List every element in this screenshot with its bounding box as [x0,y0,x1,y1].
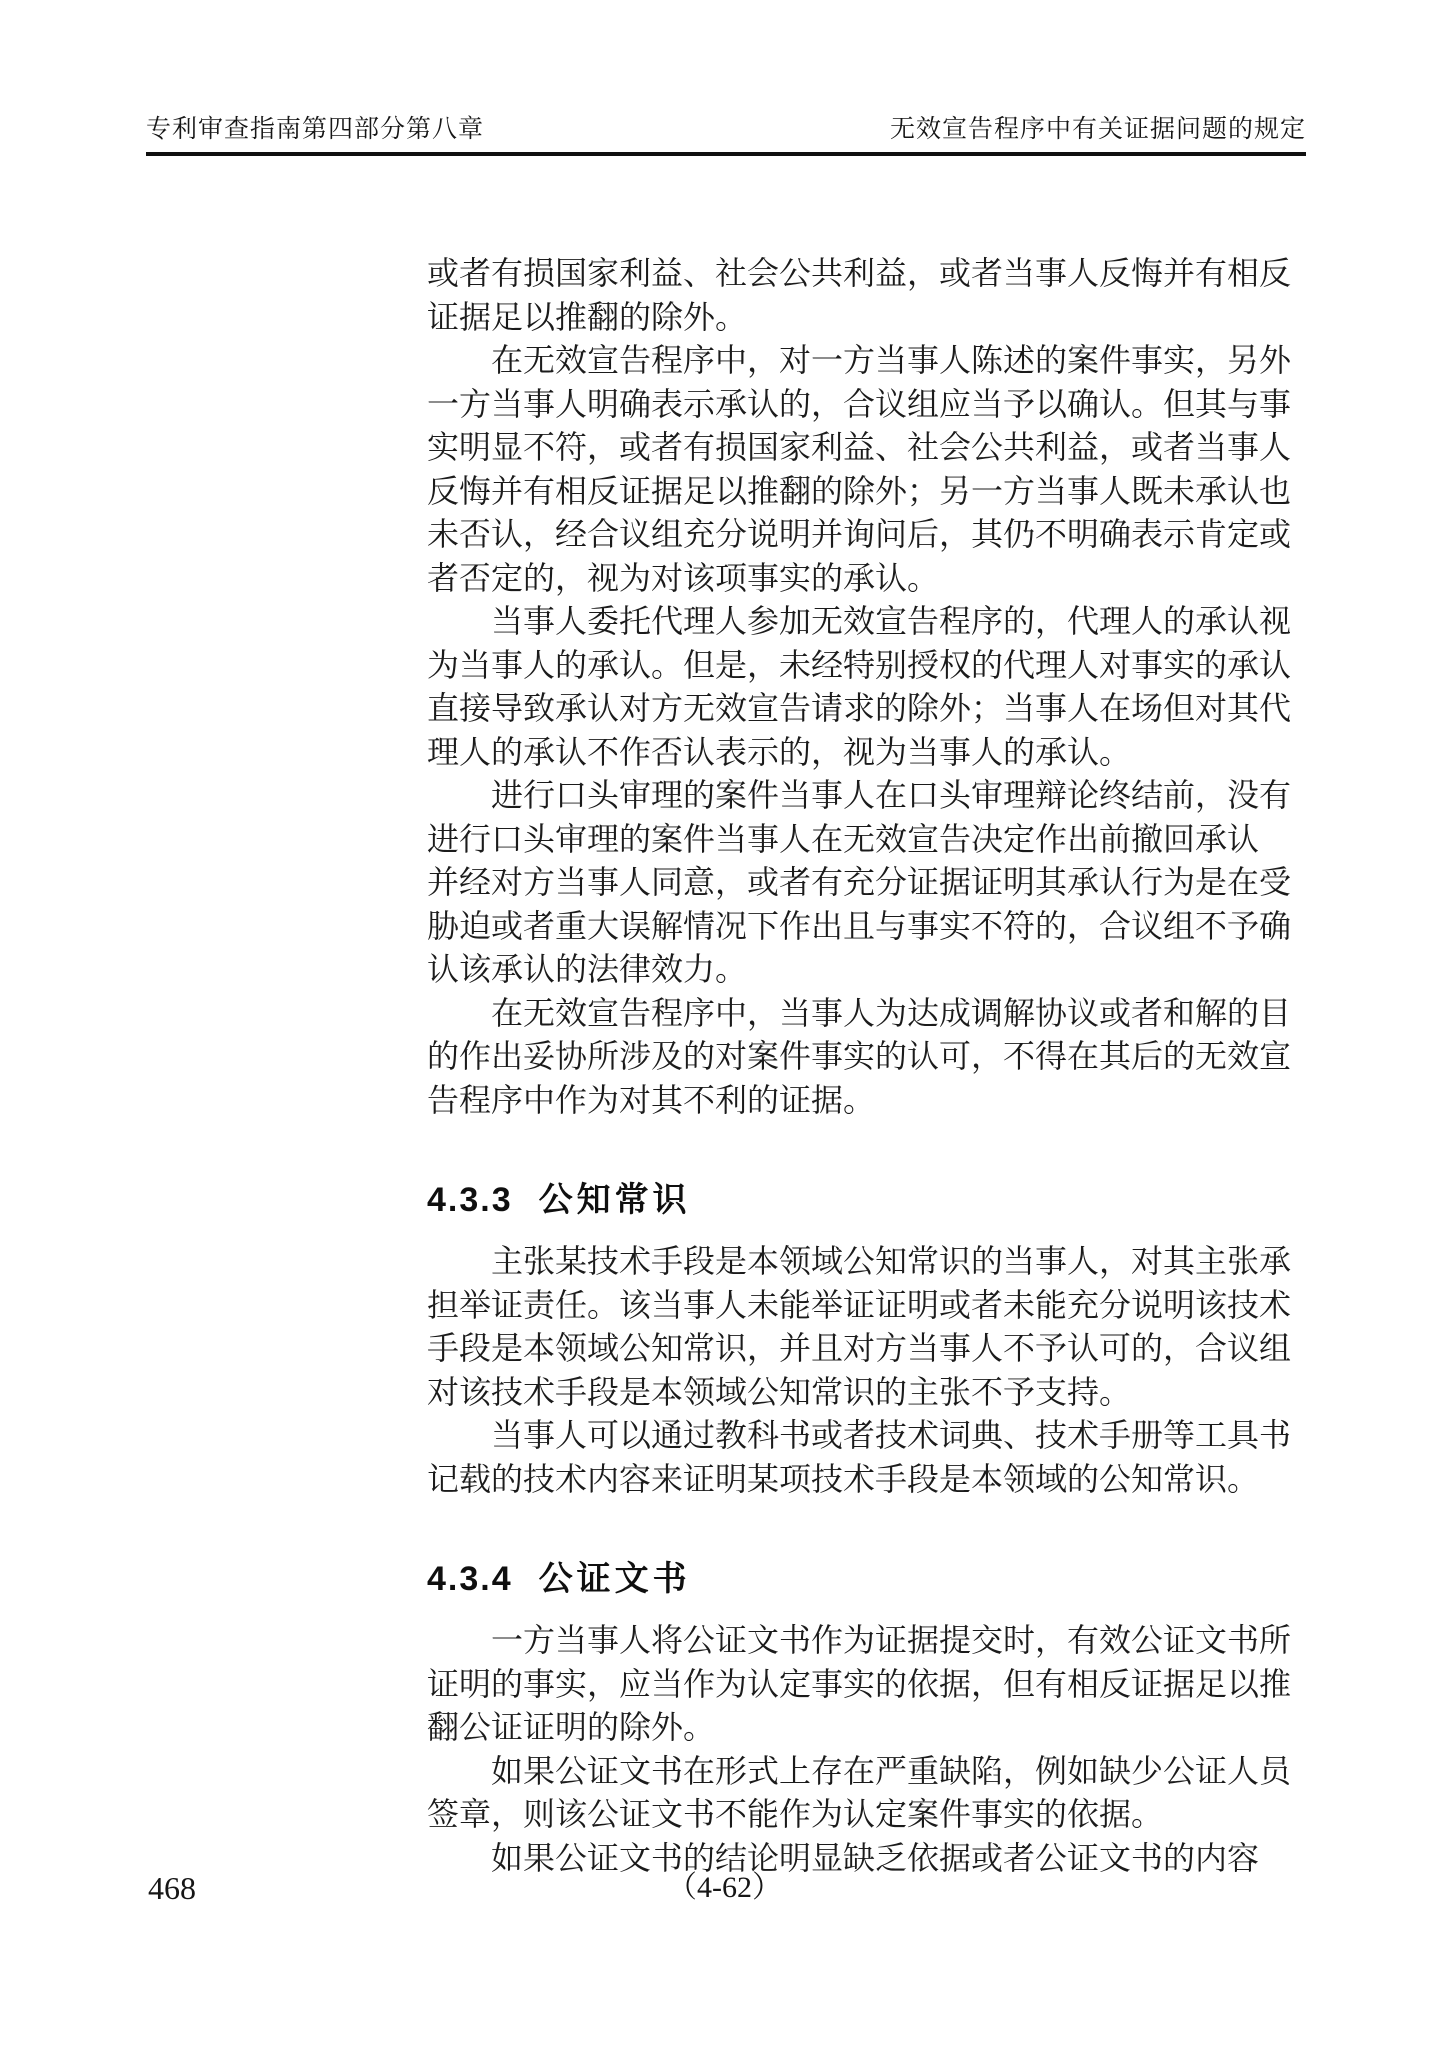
paragraph: 当事人委托代理人参加无效宣告程序的，代理人的承认视 为当事人的承认。但是，未经特… [427,600,1295,774]
paragraph: 进行口头审理的案件当事人在口头审理辩论终结前，没有 进行口头审理的案件当事人在无… [427,774,1295,992]
document-page: 专利审查指南第四部分第八章 无效宣告程序中有关证据问题的规定 或者有损国家利益、… [0,0,1449,2048]
paragraph: 一方当事人将公证文书作为证据提交时，有效公证文书所 证明的事实，应当作为认定事实… [427,1619,1295,1750]
paragraph: 在无效宣告程序中，当事人为达成调解协议或者和解的目 的作出妥协所涉及的对案件事实… [427,992,1295,1123]
section-title: 公证文书 [539,1560,691,1598]
paragraph: 当事人可以通过教科书或者技术词典、技术手册等工具书 记载的技术内容来证明某项技术… [427,1414,1295,1501]
paragraph: 主张某技术手段是本领域公知常识的当事人，对其主张承 担举证责任。该当事人未能举证… [427,1240,1295,1414]
page-body-text: 或者有损国家利益、社会公共利益，或者当事人反悔并有相反 证据足以推翻的除外。在无… [427,252,1295,1880]
section-heading: 4.3.4公证文书 [427,1555,1295,1603]
paragraph: 在无效宣告程序中，对一方当事人陈述的案件事实，另外 一方当事人明确表示承认的，合… [427,339,1295,600]
section-title: 公知常识 [539,1181,691,1219]
section-heading: 4.3.3公知常识 [427,1176,1295,1224]
section-number: 4.3.4 [427,1560,513,1598]
running-header: 专利审查指南第四部分第八章 无效宣告程序中有关证据问题的规定 [146,114,1306,146]
running-header-right: 无效宣告程序中有关证据问题的规定 [890,114,1306,146]
footer-volume-page-number: （4-62） [0,1870,1449,1906]
header-divider-rule [146,152,1306,156]
section-number: 4.3.3 [427,1181,513,1219]
paragraph: 或者有损国家利益、社会公共利益，或者当事人反悔并有相反 证据足以推翻的除外。 [427,252,1295,339]
running-header-left: 专利审查指南第四部分第八章 [146,114,484,146]
paragraph: 如果公证文书在形式上存在严重缺陷，例如缺少公证人员 签章，则该公证文书不能作为认… [427,1750,1295,1837]
